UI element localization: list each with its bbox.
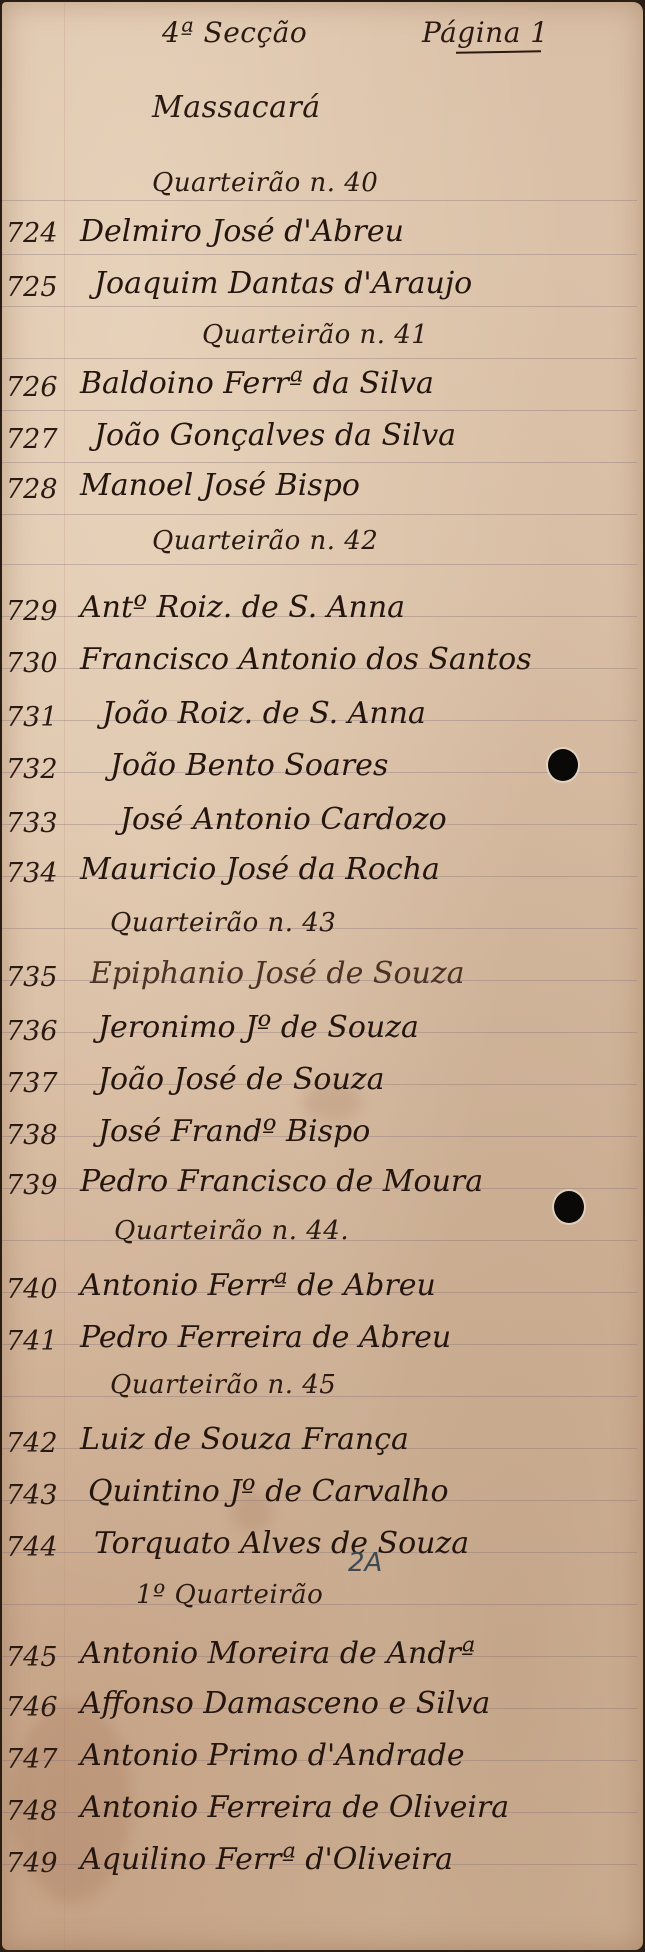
entry-number: 731 [6, 702, 70, 733]
page-label-underline [456, 50, 541, 53]
page-label: Página 1 [422, 16, 549, 49]
entry-number: 733 [6, 808, 70, 839]
entry-name: Quintino Jº de Carvalho [88, 1474, 449, 1509]
entry-name: José Antonio Cardozo [120, 802, 447, 837]
page-label-text: Página 1 [422, 16, 549, 49]
block-heading: Quarteirão n. 42 [152, 526, 378, 556]
entry-name: Antonio Ferrª de Abreu [80, 1268, 436, 1303]
entry-number: 748 [6, 1796, 70, 1827]
entry-name: Antonio Primo d'Andrade [80, 1738, 465, 1773]
entry-number: 745 [6, 1642, 70, 1673]
entry-number: 729 [6, 596, 70, 627]
entry-name: João José de Souza [98, 1062, 384, 1097]
entry-name: Francisco Antonio dos Santos [80, 642, 532, 677]
entry-name: João Gonçalves da Silva [94, 418, 456, 453]
entry-name: Pedro Francisco de Moura [80, 1164, 483, 1199]
pencil-annotation: 2A [348, 1548, 382, 1578]
entry-number: 735 [6, 962, 70, 993]
entry-name: Torquato Alves de Souza [94, 1526, 469, 1561]
block-heading: Quarteirão n. 43 [110, 908, 336, 938]
entry-name: Pedro Ferreira de Abreu [80, 1320, 451, 1355]
entry-name: Jeronimo Jº de Souza [98, 1010, 419, 1045]
entry-name: Antonio Ferreira de Oliveira [80, 1790, 509, 1825]
entry-number: 730 [6, 648, 70, 679]
entry-number: 736 [6, 1016, 70, 1047]
ruled-line [2, 306, 637, 307]
entry-name: Antonio Moreira de Andrª [80, 1636, 475, 1671]
block-heading: Quarteirão n. 41 [202, 320, 428, 350]
entry-name: Affonso Damasceno e Silva [80, 1686, 490, 1721]
ruled-line [2, 514, 637, 515]
entry-number: 741 [6, 1326, 70, 1357]
entry-name: João Roiz. de S. Anna [102, 696, 426, 731]
entry-number: 724 [6, 218, 70, 249]
ruled-line [2, 462, 637, 463]
entry-name: Mauricio José da Rocha [80, 852, 440, 887]
entry-name: Luiz de Souza França [80, 1422, 409, 1457]
entry-number: 747 [6, 1744, 70, 1775]
entry-number: 742 [6, 1428, 70, 1459]
entry-number: 739 [6, 1170, 70, 1201]
entry-name: Joaquim Dantas d'Araujo [94, 266, 472, 301]
place-title: Massacará [152, 90, 321, 125]
entry-name: Baldoino Ferrª da Silva [80, 366, 434, 401]
handwritten-register-page: 4ª Secção Página 1 Massacará Quarteirão … [2, 2, 643, 1950]
entry-number: 746 [6, 1692, 70, 1723]
entry-number: 740 [6, 1274, 70, 1305]
entry-number: 737 [6, 1068, 70, 1099]
punch-hole [548, 749, 578, 781]
ruled-line [2, 254, 637, 255]
entry-number: 727 [6, 424, 70, 455]
entry-name: Antº Roiz. de S. Anna [80, 590, 405, 625]
section-label: 4ª Secção [162, 16, 307, 49]
block-heading: Quarteirão n. 45 [110, 1370, 336, 1400]
entry-number: 725 [6, 272, 70, 303]
entry-number: 726 [6, 372, 70, 403]
ruled-line [2, 564, 637, 565]
entry-number: 749 [6, 1848, 70, 1879]
ruled-line [2, 358, 637, 359]
entry-name: Epiphanio José de Souza [90, 956, 465, 991]
entry-name: João Bento Soares [110, 748, 388, 783]
entry-number: 732 [6, 754, 70, 785]
block-heading: Quarteirão n. 44. [114, 1216, 349, 1246]
block-heading: Quarteirão n. 40 [152, 168, 378, 198]
punch-hole [554, 1191, 584, 1223]
ruled-line [2, 200, 637, 201]
entry-number: 734 [6, 858, 70, 889]
entry-name: José Frandº Bispo [98, 1114, 370, 1149]
ruled-line [2, 410, 637, 411]
entry-number: 738 [6, 1120, 70, 1151]
entry-name: Delmiro José d'Abreu [80, 214, 404, 249]
entry-name: Aquilino Ferrª d'Oliveira [80, 1842, 453, 1877]
entry-number: 744 [6, 1532, 70, 1563]
entry-number: 728 [6, 474, 70, 505]
entry-name: Manoel José Bispo [80, 468, 360, 503]
entry-number: 743 [6, 1480, 70, 1511]
block-heading: 1º Quarteirão [136, 1580, 323, 1610]
